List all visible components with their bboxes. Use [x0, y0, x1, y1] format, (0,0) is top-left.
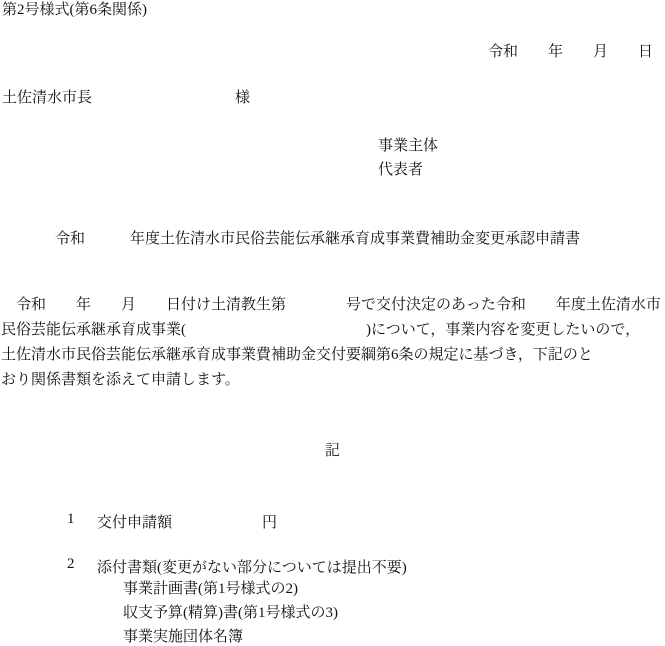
item2-label: 添付書類(変更がない部分については提出不要)	[97, 556, 407, 577]
body-line-4: おり関係書類を添えて申請します。	[1, 368, 665, 393]
date-line: 令和 年 月 日	[488, 44, 653, 61]
addressee-name: 土佐清水市長	[2, 86, 92, 107]
sender-representative-label: 代表者	[378, 162, 423, 179]
item2-number: 2	[67, 556, 75, 573]
attachment-item-2: 収支予算(精算)書(第1号様式の3)	[123, 605, 338, 622]
item1-row: 1 交付申請額 円	[0, 511, 665, 531]
item1-unit: 円	[262, 511, 277, 532]
body-line-3: 土佐清水市民俗芸能伝承継承育成事業費補助金交付要綱第6条の規定に基づき，下記のと	[1, 343, 665, 368]
form-number: 第2号様式(第6条関係)	[2, 2, 147, 19]
body-line-1: 令和 年 月 日付け土清教生第 号で交付決定のあった令和 年度土佐清水市	[1, 293, 665, 318]
document-title: 令和 年度土佐清水市民俗芸能伝承継承育成事業費補助金変更承認申請書	[55, 231, 580, 248]
attachment-item-1: 事業計画書(第1号様式の2)	[123, 581, 298, 598]
item1-number: 1	[67, 511, 75, 528]
item2-row: 2 添付書類(変更がない部分については提出不要)	[0, 556, 665, 576]
item1-label: 交付申請額	[97, 511, 172, 532]
attachment-item-3: 事業実施団体名簿	[123, 629, 243, 646]
sender-entity-label: 事業主体	[378, 138, 438, 155]
addressee-honorific: 様	[235, 86, 250, 107]
document-page: 第2号様式(第6条関係) 令和 年 月 日 土佐清水市長 様 事業主体 代表者 …	[0, 0, 665, 646]
body-paragraph: 令和 年 月 日付け土清教生第 号で交付決定のあった令和 年度土佐清水市 民俗芸…	[1, 293, 665, 393]
addressee-row: 土佐清水市長 様	[0, 86, 665, 106]
body-line-2: 民俗芸能伝承継承育成事業( )について，事業内容を変更したいので，	[1, 318, 665, 343]
record-marker: 記	[0, 443, 665, 460]
